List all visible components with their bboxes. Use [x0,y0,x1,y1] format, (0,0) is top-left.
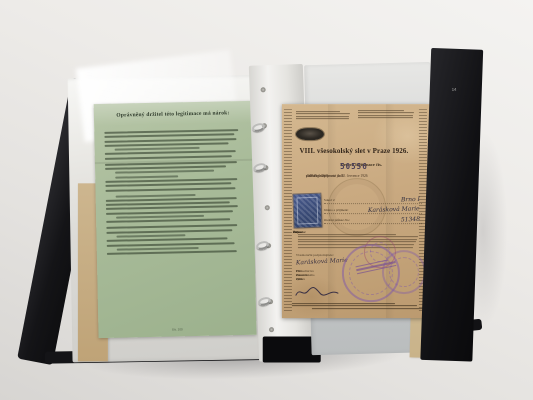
metal-ring [257,296,272,307]
card-fields: Sokol v:Brno IJméno a příjmení:Karásková… [324,195,422,225]
card-title: VIII. všesokolský slet v Praze 1926. [292,147,416,155]
metal-ring [255,240,270,251]
punch-hole [269,327,274,332]
field-label: Jméno a příjmení: [324,208,348,212]
top-fineprint-block [358,108,414,120]
black-divider-page: 14 [420,48,483,362]
legitimation-number-line: Sletová legitimace čís. 50556 [292,162,416,171]
card-field-row: Osobní průkaz čís.:51348 [324,215,422,224]
signature-caption: Vlastnoruční podpis majitele: [296,253,334,257]
handwritten-name: Karásková Marie [296,257,348,267]
field-handwritten-value: 51348 [401,217,420,224]
sokol-legitimation-card: VIII. všesokolský slet v Praze 1926. Sle… [282,104,430,318]
field-label: Osobní průkaz čís.: [324,218,350,222]
issuer-line: v Praze 1926. [296,269,303,282]
photo-of-open-binder: Oprávněný držitel této legitimace má nár… [0,0,533,400]
field-handwritten-value: Brno I [401,197,420,204]
field-handwritten-value: Karásková Marie [368,206,420,214]
side-fineprint-column [284,109,292,312]
bottom-fineprint-strip [292,301,417,310]
ring-binder: Oprávněný držitel této legitimace má nár… [9,58,481,372]
green-leaflet: Oprávněný držitel této legitimace má nár… [94,101,257,338]
metal-ring [252,162,267,173]
card-field-row: Sokol v:Brno I [324,195,422,204]
revenue-stamp [293,194,321,228]
punch-hole [261,87,266,92]
signature [294,285,340,299]
field-label: Sokol v: [324,198,335,202]
metal-ring [251,122,266,133]
top-fineprint-block [296,109,350,121]
page-number-tab: 14 [452,87,457,92]
leaflet-body-text [104,125,246,324]
leaflet-print-code: čís. 100 [98,326,256,333]
railway-emblem [296,128,324,140]
leaflet-heading: Oprávněný držitel této legitimace má nár… [104,110,242,120]
card-field-row: Jméno a příjmení:Karásková Marie [324,205,422,214]
punch-hole [265,205,270,210]
legitimation-number: 50556 [340,162,368,171]
